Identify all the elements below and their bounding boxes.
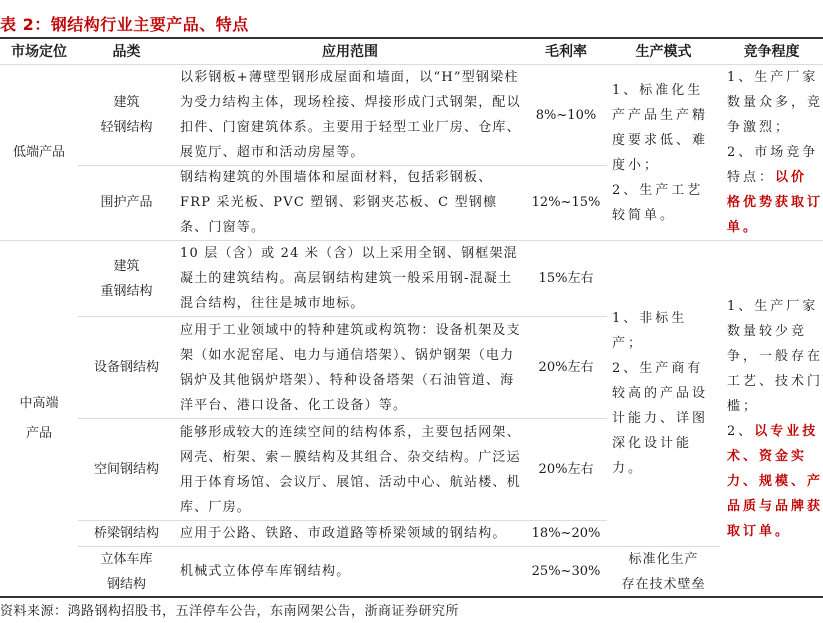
source-note: 资料来源：鸿路钢构招股书，五洋停车公告，东南网架公告，浙商证券研究所 (0, 600, 459, 619)
application-bridge-steel: 应用于公路、铁路、市政道路等桥梁领域的钢结构。 (180, 521, 522, 546)
category-line: 钢结构 (100, 572, 152, 597)
gross-margin-bridge-steel: 18%~20% (525, 521, 607, 546)
production-mode-mid-high: 1、非标生产； 2、生产商有较高的产品设计能力、详图深化设计能力。 (612, 241, 718, 546)
gross-margin-equipment-steel: 20%左右 (525, 317, 607, 418)
production-mode-line: 标准化生产 (621, 547, 705, 572)
application-parking-garage-steel: 机械式立体停车库钢结构。 (180, 547, 522, 596)
application-equipment-steel: 应用于工业领域中的特种建筑或构筑物：设备机架及支架（如水泥窑尾、电力与通信塔架）… (180, 317, 522, 418)
gross-margin-light-steel: 8%~10% (525, 65, 607, 165)
header-gross-margin: 毛利率 (525, 39, 607, 65)
competition-line: 1、生产厂家数量众多，竞争激烈； (727, 70, 823, 135)
production-mode-line: 1、标准化生产产品生产精度要求低、难度小； (612, 78, 718, 178)
competition-low-end: 1、生产厂家数量众多，竞争激烈； 2、市场竞争特点：以价格优势获取订单。 (727, 65, 823, 240)
category-space-steel: 空间钢结构 (78, 419, 175, 520)
competition-line: 1、生产厂家数量较少竞争，一般存在工艺、技术门槛； (727, 299, 823, 414)
segment-label-line: 产品 (19, 419, 58, 449)
category-parking-garage-steel: 立体车库 钢结构 (78, 547, 175, 596)
gross-margin-parking-garage-steel: 25%~30% (525, 547, 607, 596)
competition-mid-high: 1、生产厂家数量较少竞争，一般存在工艺、技术门槛； 2、以专业技术、资金实力、规… (727, 241, 823, 596)
application-heavy-steel: 10 层（含）或 24 米（含）以上采用全钢、钢框架混凝土的建筑结构。高层钢结构… (180, 241, 522, 316)
segment-mid-high-label: 中高端 产品 (0, 241, 78, 596)
category-bridge-steel: 桥梁钢结构 (78, 521, 175, 546)
segment-low-end-label: 低端产品 (0, 65, 78, 240)
category-line: 立体车库 (100, 547, 152, 572)
production-mode-parking-garage: 标准化生产 存在技术壁垒 (607, 547, 720, 596)
category-light-steel: 建筑 轻钢结构 (78, 65, 175, 165)
category-line: 建筑 (100, 90, 152, 115)
header-production-mode: 生产模式 (607, 39, 720, 65)
application-enclosure: 钢结构建筑的外围墙体和屋面材料，包括彩钢板、FRP 采光板、PVC 塑钢、彩钢夹… (180, 165, 522, 240)
production-mode-line: 2、生产工艺较简单。 (612, 178, 718, 228)
header-market-position: 市场定位 (0, 39, 78, 65)
header-category: 品类 (78, 39, 175, 65)
category-line: 重钢结构 (100, 279, 152, 304)
production-mode-line: 2、生产商有较高的产品设计能力、详图深化设计能力。 (612, 356, 718, 481)
category-heavy-steel: 建筑 重钢结构 (78, 241, 175, 316)
category-line: 建筑 (100, 254, 152, 279)
gross-margin-heavy-steel: 15%左右 (525, 241, 607, 316)
application-space-steel: 能够形成较大的连续空间的结构体系，主要包括网架、网壳、桁架、索－膜结构及其组合、… (180, 419, 522, 520)
application-light-steel: 以彩钢板+薄壁型钢形成屋面和墙面，以“H”型钢梁柱为受力结构主体，现场栓接、焊接… (180, 65, 522, 165)
header-competition: 竞争程度 (720, 39, 823, 65)
gross-margin-space-steel: 20%左右 (525, 419, 607, 520)
category-line: 轻钢结构 (100, 115, 152, 140)
category-enclosure: 围护产品 (78, 165, 175, 240)
table-title: 表 2：钢结构行业主要产品、特点 (0, 12, 249, 35)
production-mode-low-end: 1、标准化生产产品生产精度要求低、难度小； 2、生产工艺较简单。 (612, 65, 718, 240)
table-bottom-rule (0, 596, 823, 598)
category-equipment-steel: 设备钢结构 (78, 317, 175, 418)
header-application: 应用范围 (175, 39, 525, 65)
segment-label-line: 中高端 (19, 389, 58, 419)
production-mode-line: 存在技术壁垒 (621, 572, 705, 597)
competition-highlight: 以专业技术、资金实力、规模、产品质与品牌获取订单。 (727, 424, 823, 539)
gross-margin-enclosure: 12%~15% (525, 165, 607, 240)
competition-line: 2、 (727, 424, 754, 439)
production-mode-line: 1、非标生产； (612, 306, 718, 356)
